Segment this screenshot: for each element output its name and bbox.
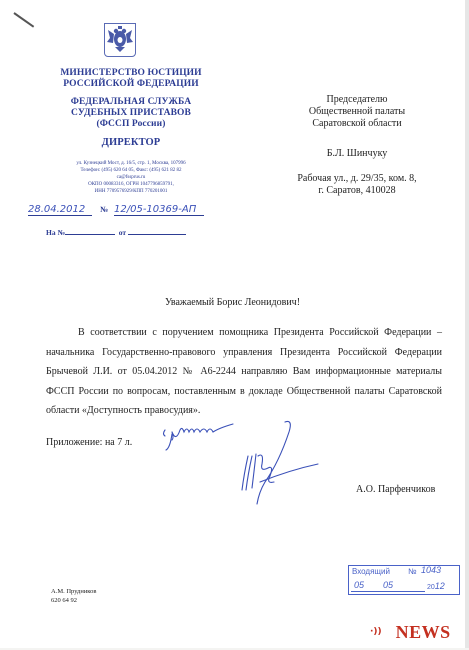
- reply-date-blank: [128, 227, 186, 235]
- body-paragraph: В соответствии с поручением помощника Пр…: [46, 323, 442, 421]
- stamp-number: 1043: [421, 565, 441, 575]
- letter-body: В соответствии с поручением помощника Пр…: [46, 323, 442, 421]
- stamp-label: Входящий: [352, 567, 390, 576]
- executor-name: А.М. Прудников: [51, 587, 96, 596]
- reply-reference-line: На № от: [46, 227, 186, 237]
- ministry-line: РОССИЙСКОЙ ФЕДЕРАЦИИ: [18, 79, 244, 90]
- service-line: (ФССП России): [18, 119, 244, 130]
- signer-name: А.О. Парфенчиков: [356, 484, 435, 495]
- address-city: г. Саратов, 410028: [268, 185, 446, 197]
- service-line: СУДЕБНЫХ ПРИСТАВОВ: [18, 108, 244, 119]
- handwritten-signature: [160, 420, 330, 510]
- staple-mark: [13, 12, 34, 27]
- greeting: Уважаемый Борис Леонидович!: [0, 297, 465, 308]
- position-title: ДИРЕКТОР: [18, 137, 244, 148]
- stamp-year-suffix: 12: [435, 581, 445, 591]
- addressee-address: Рабочая ул., д. 29/35, ком. 8, г. Сарато…: [268, 173, 446, 197]
- reply-number-blank: [65, 227, 115, 235]
- addressee-org: Общественной палаты: [268, 106, 446, 118]
- registration-number: 12/05-10369-АП: [114, 204, 204, 216]
- news-watermark: ·)) NEWS: [370, 620, 451, 644]
- stamp-underline: [351, 591, 425, 592]
- scanned-letter-page: МИНИСТЕРСТВО ЮСТИЦИИ РОССИЙСКОЙ ФЕДЕРАЦИ…: [0, 0, 469, 648]
- reply-number-label: На №: [46, 228, 65, 237]
- service-line: ФЕДЕРАЛЬНАЯ СЛУЖБА: [18, 97, 244, 108]
- registration-number-label: №: [100, 205, 108, 214]
- stamp-year-prefix: 20: [427, 584, 435, 591]
- stamp-number-label: №: [408, 567, 417, 576]
- russian-coat-of-arms-icon: [104, 23, 136, 57]
- news-label: NEWS: [396, 622, 451, 643]
- executor-block: А.М. Прудников 620 64 92: [51, 587, 96, 605]
- addressee-region: Саратовской области: [268, 118, 446, 130]
- addressee-block: Председателю Общественной палаты Саратов…: [268, 94, 446, 130]
- contact-inn: ИНН 7709576929/КПП 770201001: [18, 188, 244, 195]
- registration-line: 28.04.2012 № 12/05-10369-АП: [28, 204, 258, 220]
- address-street: Рабочая ул., д. 29/35, ком. 8,: [268, 173, 446, 185]
- ministry-header: МИНИСТЕРСТВО ЮСТИЦИИ РОССИЙСКОЙ ФЕДЕРАЦИ…: [18, 68, 244, 90]
- addressee-name: Б.Л. Шинчуку: [268, 148, 446, 160]
- registration-date: 28.04.2012: [28, 204, 92, 216]
- contact-email: ca@fssprus.ru: [18, 174, 244, 181]
- contact-okpo: ОКПО 00083316, ОГРН 1047796859791,: [18, 181, 244, 188]
- stamp-day: 05: [354, 580, 364, 590]
- appendix-note: Приложение: на 7 л.: [46, 437, 132, 448]
- contact-block: ул. Кузнецкий Мост, д. 16/5, стр. 1, Мос…: [18, 160, 244, 195]
- contact-phone: Телефон: (495) 620 64 05, Факс: (495) 62…: [18, 167, 244, 174]
- stamp-month: 05: [383, 580, 393, 590]
- executor-phone: 620 64 92: [51, 596, 96, 605]
- contact-address: ул. Кузнецкий Мост, д. 16/5, стр. 1, Мос…: [18, 160, 244, 167]
- ministry-line: МИНИСТЕРСТВО ЮСТИЦИИ: [18, 68, 244, 79]
- reply-date-label: от: [119, 228, 126, 237]
- incoming-stamp: Входящий № 1043 05 05 2012: [348, 565, 460, 595]
- service-header: ФЕДЕРАЛЬНАЯ СЛУЖБА СУДЕБНЫХ ПРИСТАВОВ (Ф…: [18, 97, 244, 130]
- sound-waves-icon: ·)): [370, 627, 382, 637]
- addressee-title: Председателю: [268, 94, 446, 106]
- stamp-year: 2012: [427, 581, 445, 591]
